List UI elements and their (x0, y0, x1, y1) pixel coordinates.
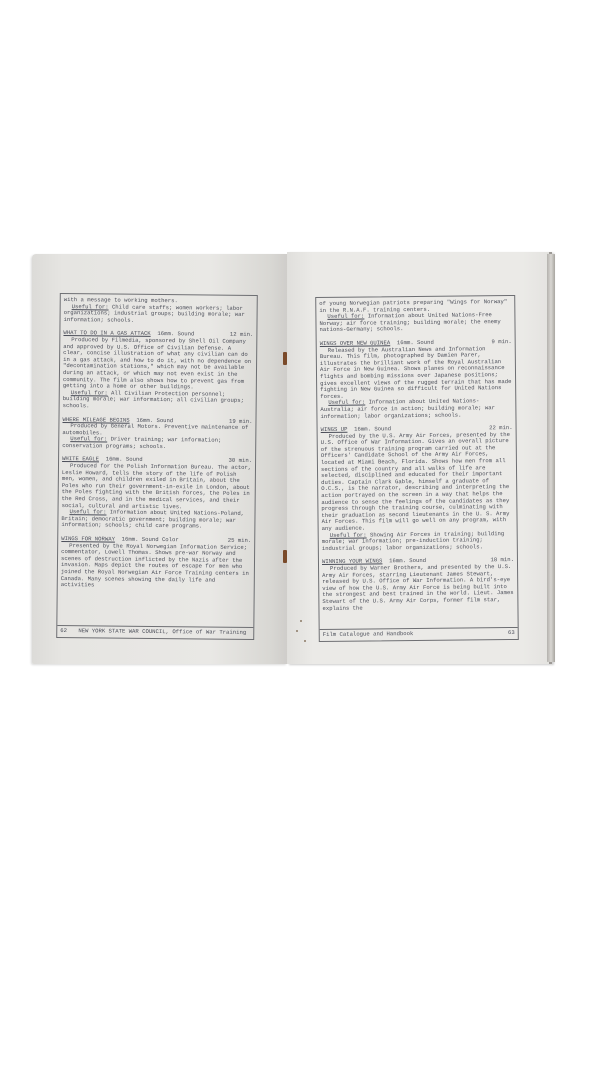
film-description: Produced by Warner Brothers, and present… (322, 564, 514, 612)
useful-for-line: Useful for: Information about United Nat… (319, 312, 511, 334)
film-entry: WINGS UP 16mm. Sound22 min.Produced by t… (321, 425, 514, 552)
film-entry: WINNING YOUR WINGS 16mm. Sound18 min.Pro… (322, 557, 515, 612)
right-page: of young Norwegian patriots preparing "W… (287, 252, 552, 664)
useful-for-line: Useful for: Showing Air Forces in traini… (322, 531, 514, 553)
foxing-spot (300, 620, 302, 622)
film-entry: WHITE EAGLE 16mm. Sound30 min.Produced f… (61, 456, 252, 531)
useful-for-line: Useful for: All Civilian Protection pers… (63, 390, 253, 412)
useful-for-line: Useful for: Information about United Nat… (61, 509, 251, 531)
foxing-spot (296, 630, 298, 632)
page-number: 63 (501, 630, 515, 637)
film-description: Produced by the U.S. Army Air Forces, pr… (321, 432, 514, 533)
left-page: with a message to working mothers. Usefu… (32, 254, 287, 664)
left-page-footer: 62 NEW YORK STATE WAR COUNCIL, Office of… (57, 625, 253, 639)
continuation-block: of young Norwegian patriots preparing "W… (319, 299, 511, 334)
left-page-body: with a message to working mothers. Usefu… (60, 297, 253, 625)
right-page-footer: Film Catalogue and Handbook 63 (320, 627, 518, 641)
useful-for-line: Useful for: Child care staffs; women wor… (63, 304, 253, 326)
staple-bottom (283, 550, 287, 563)
page-number: 62 (60, 628, 74, 635)
film-description: Presented by the Royal Norwegian Informa… (61, 543, 251, 591)
right-page-body: of young Norwegian patriots preparing "W… (319, 299, 514, 627)
continuation-block: with a message to working mothers. Usefu… (63, 297, 253, 325)
page-stack-edge (547, 254, 555, 662)
open-booklet: with a message to working mothers. Usefu… (30, 248, 560, 672)
footer-title: NEW YORK STATE WAR COUNCIL, Office of Wa… (74, 628, 250, 636)
film-entry: WHERE MILEAGE BEGINS 16mm. Sound19 min.P… (62, 417, 252, 452)
film-entry: WHAT TO DO IN A GAS ATTACK 16mm. Sound12… (63, 330, 254, 411)
foxing-spot (304, 640, 306, 642)
left-page-text-frame: with a message to working mothers. Usefu… (56, 293, 258, 640)
film-entry: WINGS OVER NEW GUINEA 16mm. Sound9 min.R… (320, 339, 513, 420)
useful-for-line: Useful for: Driver training; war informa… (62, 436, 252, 451)
footer-title: Film Catalogue and Handbook (323, 630, 501, 638)
film-description: Released by the Australian News and Info… (320, 346, 513, 401)
right-page-text-frame: of young Norwegian patriots preparing "W… (315, 295, 519, 642)
film-entry: WINGS FOR NORWAY 16mm. Sound Color25 min… (61, 536, 252, 591)
film-description: Produced by Filmedia, sponsored by Shell… (63, 337, 254, 392)
useful-for-line: Useful for: Information about United Nat… (320, 398, 512, 420)
staple-top (283, 352, 287, 365)
film-duration: 9 min. (491, 339, 511, 346)
film-description: Produced for the Polish Information Bure… (62, 463, 252, 511)
